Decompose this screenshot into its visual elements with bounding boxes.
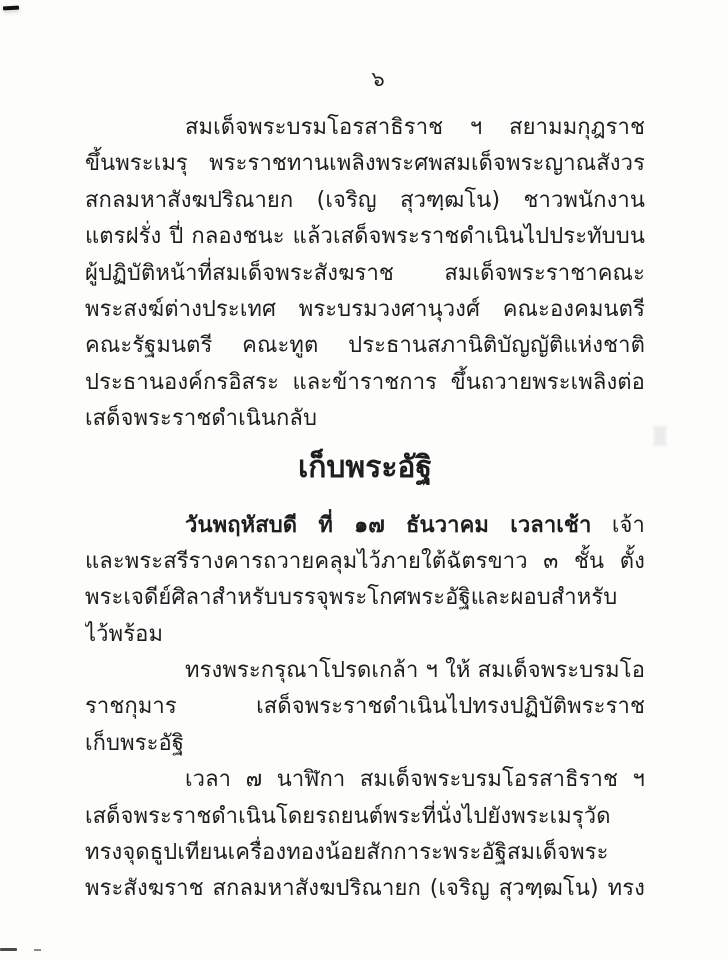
- text-line: เสด็จพระราชดำเนินกลับ: [85, 401, 645, 437]
- text: เสด็จพระราชดำเนินโดยรถยนต์พระที่นั่งไปยั…: [85, 804, 611, 835]
- paragraph: ทรงพระกรุณาโปรดเกล้า ฯ ให้ สมเด็จพระบรมโ…: [85, 653, 645, 762]
- page-number: ๖: [0, 64, 728, 94]
- text-line: ประธานองค์กรอิสระ และข้าราชการ ขึ้นถวายพ…: [85, 365, 645, 401]
- text-line: พระสังฆราช สกลมหาสังฆปริณายก (เจริญ สุวฑ…: [85, 871, 645, 907]
- text: แตรฝรั่ง ปี่ กลองชนะ แล้วเสด็จพระราชดำเน…: [85, 224, 645, 255]
- text: ทรงจุดธูปเทียนเครื่องทองน้อยสักการะพระอั…: [85, 840, 645, 871]
- document-page: { "page_number": "๖", "sections": [ { "t…: [0, 0, 728, 960]
- text: พระสงฆ์ต่างประเทศ พระบรมวงศานุวงศ์ คณะอง…: [85, 297, 645, 328]
- text-line: ทรงพระกรุณาโปรดเกล้า ฯ ให้ สมเด็จพระบรมโ…: [85, 653, 645, 689]
- text-line: สกลมหาสังฆปริณายก (เจริญ สุวฑฺฒโน) ชาวพน…: [85, 183, 645, 219]
- text-line: พระเจดีย์ศิลาสำหรับบรรจุพระโกศพระอัฐิและ…: [85, 580, 645, 616]
- text-line: สมเด็จพระบรมโอรสาธิราช ฯ สยามมกุฎราชกุมา…: [85, 110, 645, 146]
- text: ประธานองค์กรอิสระ และข้าราชการ ขึ้นถวายพ…: [85, 370, 645, 401]
- text-line: แตรฝรั่ง ปี่ กลองชนะ แล้วเสด็จพระราชดำเน…: [85, 219, 645, 255]
- scan-mark-bottom-left: [0, 948, 17, 951]
- text: ผู้ปฏิบัติหน้าที่สมเด็จพระสังฆราช สมเด็จ…: [85, 261, 645, 292]
- text-line: คณะรัฐมนตรี คณะทูต ประธานสภานิติบัญญัติแ…: [85, 328, 645, 364]
- scan-smudge-right: [654, 426, 666, 446]
- text: เวลา ๗ นาฬิกา สมเด็จพระบรมโอรสาธิราช ฯ ส…: [85, 767, 645, 798]
- section-heading: เก็บพระอัฐิ: [85, 446, 645, 490]
- text: ทรงพระกรุณาโปรดเกล้า ฯ ให้ สมเด็จพระบรมโ…: [85, 658, 645, 689]
- text: และพระสรีรางคารถวายคลุมไว้ภายใต้ฉัตรขาว …: [85, 549, 645, 580]
- document-body: สมเด็จพระบรมโอรสาธิราช ฯ สยามมกุฎราชกุมา…: [85, 110, 645, 908]
- text-line: พระสงฆ์ต่างประเทศ พระบรมวงศานุวงศ์ คณะอง…: [85, 292, 645, 328]
- text: พระเจดีย์ศิลาสำหรับบรรจุพระโกศพระอัฐิและ…: [85, 585, 617, 616]
- scan-mark-bottom-left-2: [34, 949, 41, 951]
- bold-text: วันพฤหัสบดี ที่ ๑๗ ธันวาคม เวลาเช้า: [185, 513, 591, 538]
- text-line: ขึ้นพระเมรุ พระราชทานเพลิงพระศพสมเด็จพระ…: [85, 146, 645, 182]
- text: ไว้พร้อม: [85, 622, 163, 647]
- text-line: ผู้ปฏิบัติหน้าที่สมเด็จพระสังฆราช สมเด็จ…: [85, 256, 645, 292]
- paragraph: เวลา ๗ นาฬิกา สมเด็จพระบรมโอรสาธิราช ฯ ส…: [85, 762, 645, 908]
- text: สกลมหาสังฆปริณายก (เจริญ สุวฑฺฒโน) ชาวพน…: [85, 188, 645, 219]
- text-line: เวลา ๗ นาฬิกา สมเด็จพระบรมโอรสาธิราช ฯ ส…: [85, 762, 645, 798]
- text: ราชกุมาร เสด็จพระราชดำเนินไปทรงปฏิบัติพร…: [85, 694, 645, 725]
- text-line: วันพฤหัสบดี ที่ ๑๗ ธันวาคม เวลาเช้า เจ้า…: [85, 508, 645, 544]
- text-line: ทรงจุดธูปเทียนเครื่องทองน้อยสักการะพระอั…: [85, 835, 645, 871]
- text-line: ราชกุมาร เสด็จพระราชดำเนินไปทรงปฏิบัติพร…: [85, 689, 645, 725]
- text: สมเด็จพระบรมโอรสาธิราช ฯ สยามมกุฎราชกุมา…: [85, 115, 645, 146]
- text: พระสังฆราช สกลมหาสังฆปริณายก (เจริญ สุวฑ…: [85, 876, 645, 907]
- text: เก็บพระอัฐิ: [85, 731, 184, 756]
- text-line: ไว้พร้อม: [85, 617, 645, 653]
- text-line: และพระสรีรางคารถวายคลุมไว้ภายใต้ฉัตรขาว …: [85, 544, 645, 580]
- text: ขึ้นพระเมรุ พระราชทานเพลิงพระศพสมเด็จพระ…: [85, 151, 645, 182]
- text-line: เก็บพระอัฐิ: [85, 726, 645, 762]
- text: เสด็จพระราชดำเนินกลับ: [85, 406, 317, 431]
- scan-mark-top-left: [3, 6, 19, 11]
- text: คณะรัฐมนตรี คณะทูต ประธานสภานิติบัญญัติแ…: [85, 333, 645, 364]
- text-line: เสด็จพระราชดำเนินโดยรถยนต์พระที่นั่งไปยั…: [85, 799, 645, 835]
- paragraph: วันพฤหัสบดี ที่ ๑๗ ธันวาคม เวลาเช้า เจ้า…: [85, 508, 645, 654]
- paragraph: สมเด็จพระบรมโอรสาธิราช ฯ สยามมกุฎราชกุมา…: [85, 110, 645, 438]
